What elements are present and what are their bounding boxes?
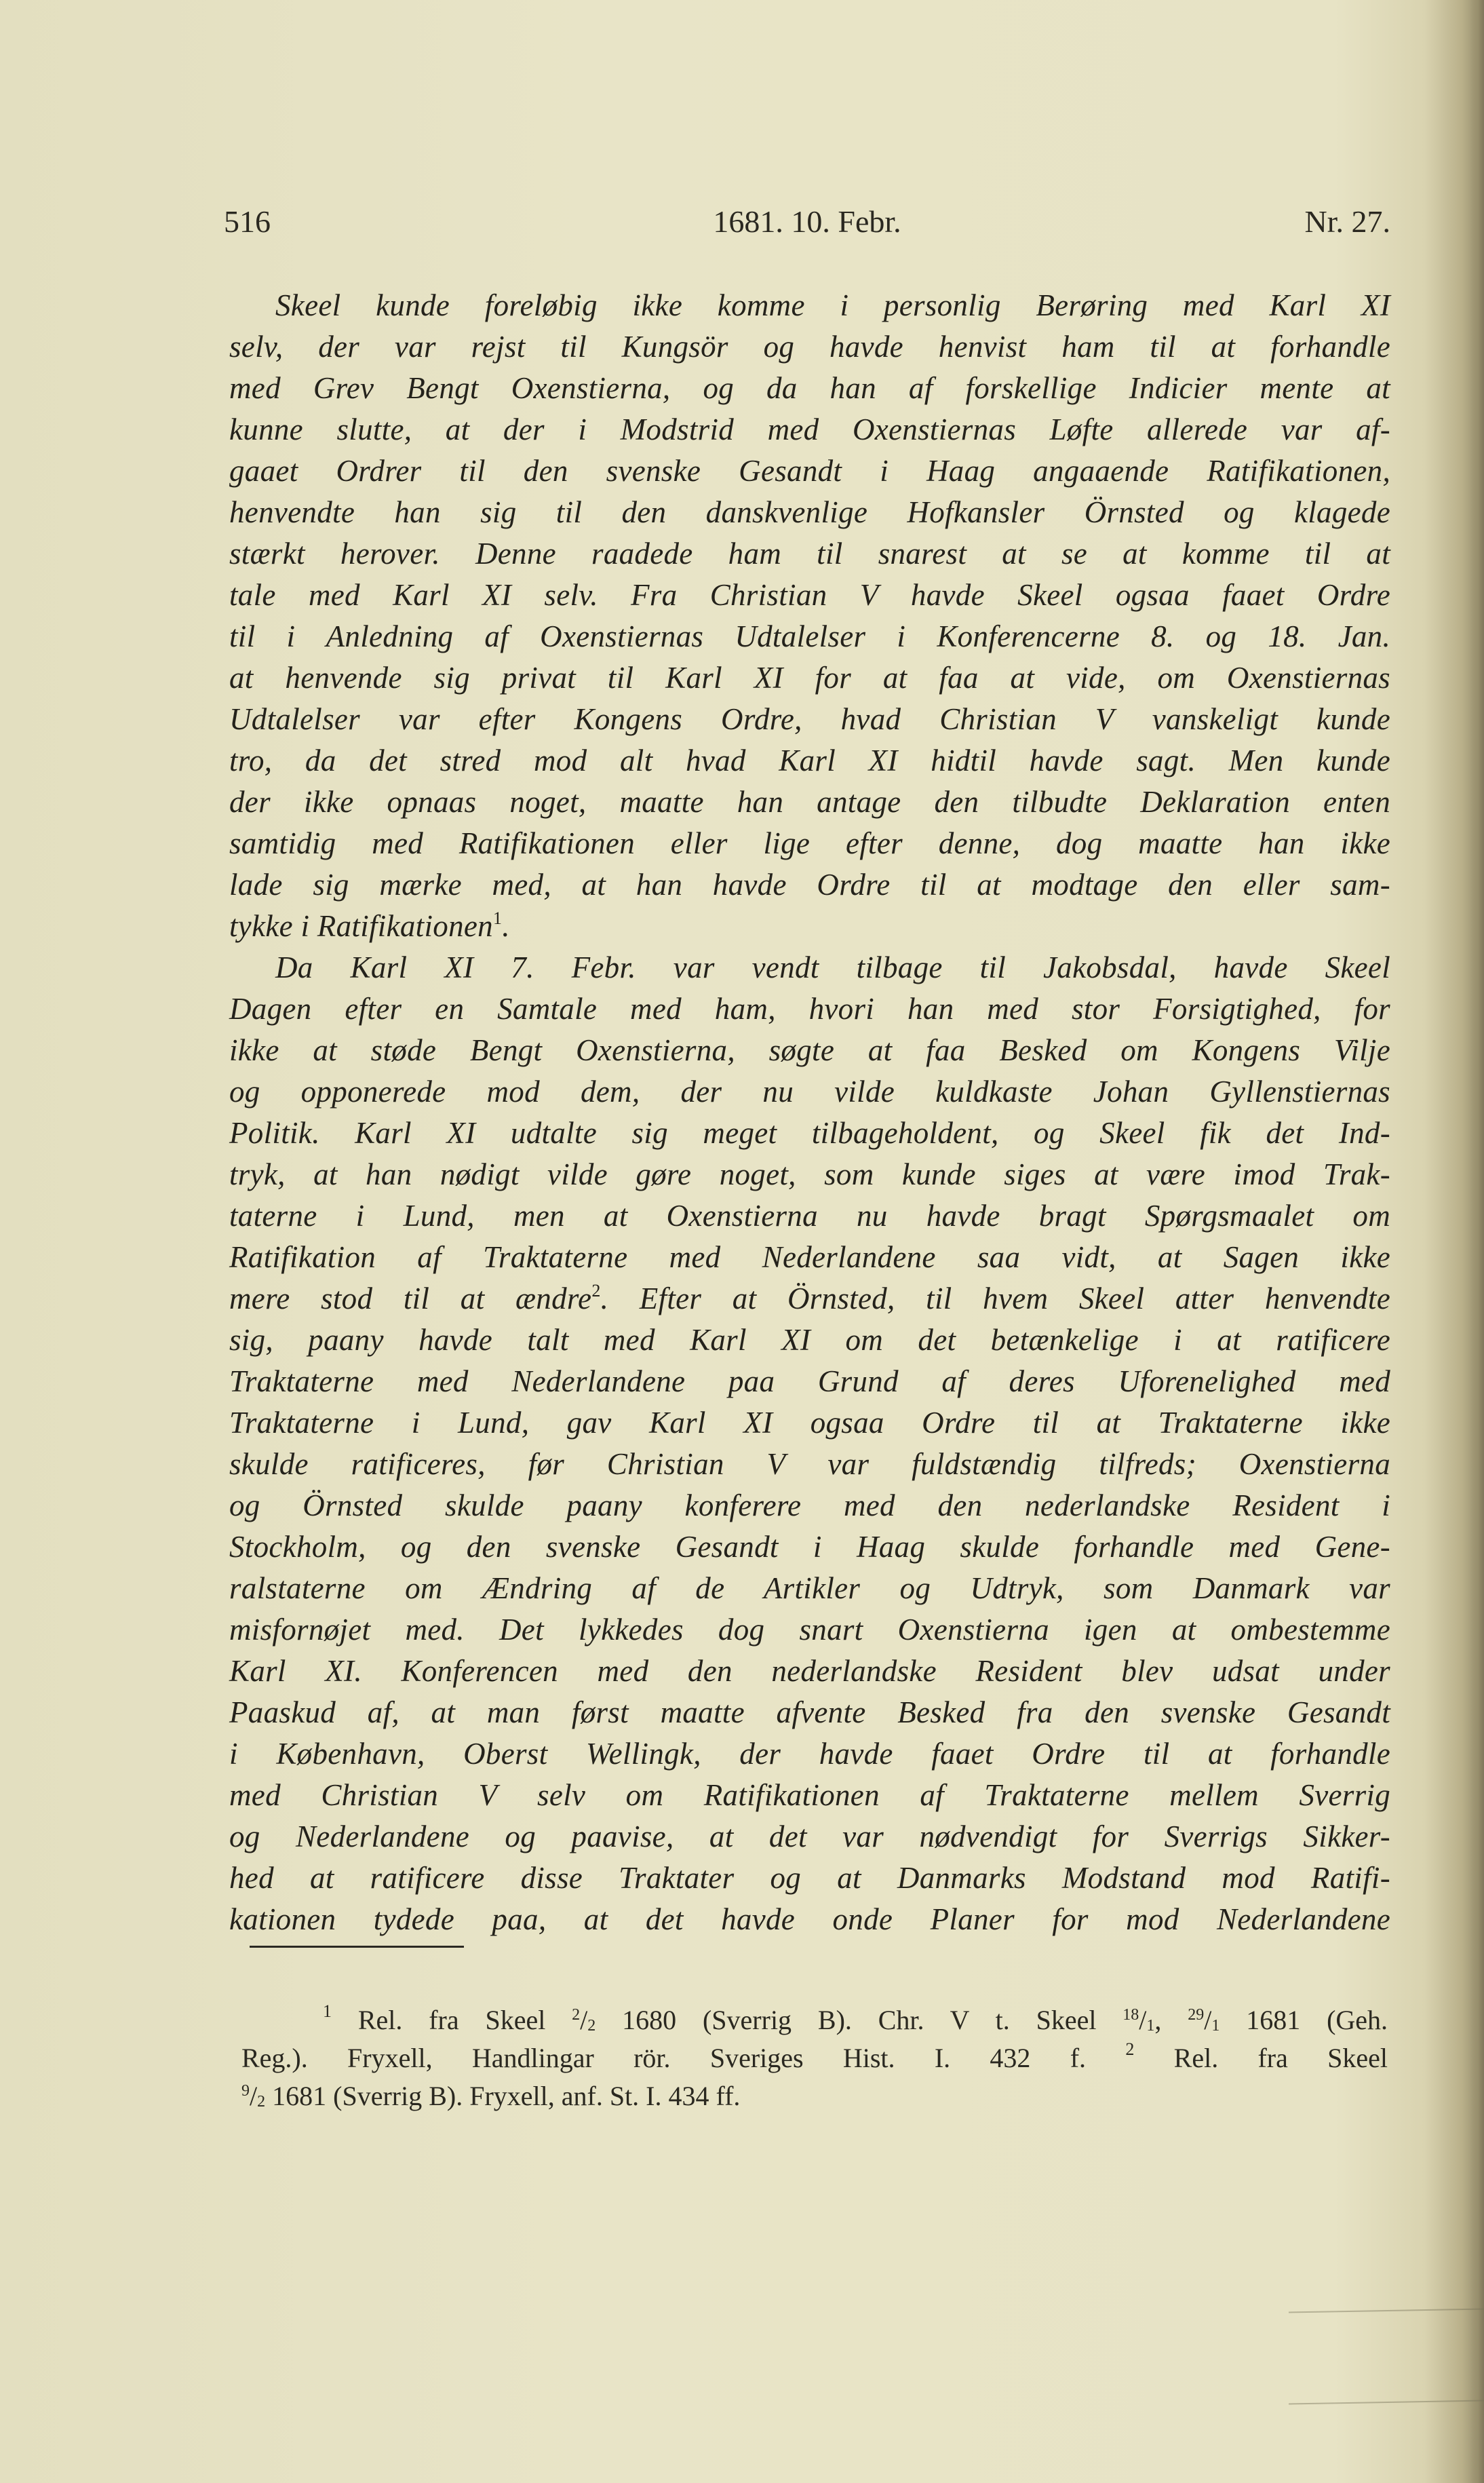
text-line: med Christian V selv om Ratifikationen a… bbox=[229, 1775, 1390, 1816]
text-fragment: tykke i Ratifikationen bbox=[229, 909, 493, 943]
footnote-text: 1681 (Sverrig B). Fryxell, anf. St. I. 4… bbox=[272, 2081, 740, 2111]
text-line: Politik. Karl XI udtalte sig meget tilba… bbox=[229, 1113, 1390, 1154]
date-fraction: 29/1 bbox=[1188, 2005, 1219, 2035]
text-line: sig, paany havde talt med Karl XI om det… bbox=[229, 1320, 1390, 1361]
text-line: hed at ratificere disse Traktater og at … bbox=[229, 1858, 1390, 1899]
text-line: samtidig med Ratifikationen eller lige e… bbox=[229, 823, 1390, 864]
text-line: der ikke opnaas noget, maatte han antage… bbox=[229, 782, 1390, 823]
text-line: og Örnsted skulde paany konferere med de… bbox=[229, 1485, 1390, 1526]
footnote-text: Rel. fra Skeel bbox=[358, 2005, 545, 2035]
footnote-text: Rel. fra Skeel bbox=[1174, 2043, 1388, 2073]
date-fraction: 2/2 bbox=[572, 2005, 595, 2035]
text-line: med Grev Bengt Oxenstierna, og da han af… bbox=[229, 368, 1390, 409]
text-line: Skeel kunde foreløbig ikke komme i perso… bbox=[229, 285, 1390, 326]
page-edge-shadow bbox=[1469, 0, 1484, 2483]
text-line: tryk, at han nødigt vilde gøre noget, so… bbox=[229, 1154, 1390, 1195]
footnote-1-line-1: 1 Rel. fra Skeel 2/2 1680 (Sverrig B). C… bbox=[241, 2001, 1388, 2039]
text-line: Ratifikation af Traktaterne med Nederlan… bbox=[229, 1237, 1390, 1278]
text-line: tykke i Ratifikationen1. bbox=[229, 906, 1390, 947]
text-fragment: . Efter at Örnsted, til hvem Skeel atter… bbox=[601, 1282, 1390, 1315]
separator: , bbox=[1154, 2005, 1161, 2035]
footnote-separator-rule bbox=[250, 1946, 464, 1948]
footnotes: 1 Rel. fra Skeel 2/2 1680 (Sverrig B). C… bbox=[241, 2001, 1388, 2115]
fraction-denominator: 2 bbox=[587, 2017, 595, 2035]
fraction-numerator: 18 bbox=[1122, 2006, 1139, 2024]
paper-crease bbox=[1289, 2308, 1484, 2313]
footnote-mark-1: 1 bbox=[323, 2001, 332, 2021]
footnote-2-start: 2 Rel. fra Skeel bbox=[1125, 2043, 1388, 2073]
text-line: og Nederlandene og paavise, at det var n… bbox=[229, 1816, 1390, 1858]
body-text: Skeel kunde foreløbig ikke komme i perso… bbox=[229, 285, 1390, 1940]
text-line: Udtalelser var efter Kongens Ordre, hvad… bbox=[229, 699, 1390, 740]
text-line: henvendte han sig til den danskvenlige H… bbox=[229, 492, 1390, 533]
document-number: Nr. 27. bbox=[1305, 204, 1391, 239]
text-line: til i Anledning af Oxenstiernas Udtalels… bbox=[229, 616, 1390, 657]
text-line: tro, da det stred mod alt hvad Karl XI h… bbox=[229, 740, 1390, 782]
footnote-ref-1[interactable]: 1 bbox=[493, 908, 502, 928]
date-fraction: 9/2 bbox=[241, 2081, 265, 2111]
text-line: Da Karl XI 7. Febr. var vendt tilbage ti… bbox=[229, 947, 1390, 988]
text-line: skulde ratificeres, før Christian V var … bbox=[229, 1444, 1390, 1485]
text-line: misfornøjet med. Det lykkedes dog snart … bbox=[229, 1609, 1390, 1651]
fraction-numerator: 29 bbox=[1188, 2006, 1204, 2024]
text-line: tale med Karl XI selv. Fra Christian V h… bbox=[229, 575, 1390, 616]
fraction-numerator: 9 bbox=[241, 2082, 250, 2100]
footnote-mark-2: 2 bbox=[1125, 2039, 1134, 2059]
running-head-date: 1681. 10. Febr. bbox=[224, 204, 1390, 239]
paper-crease bbox=[1289, 2400, 1484, 2404]
text-line: stærkt herover. Denne raadede ham til sn… bbox=[229, 533, 1390, 575]
text-line: gaaet Ordrer til den svenske Gesandt i H… bbox=[229, 450, 1390, 492]
fraction-denominator: 1 bbox=[1211, 2017, 1219, 2035]
running-head: 516 1681. 10. Febr. Nr. 27. bbox=[224, 204, 1390, 244]
text-line: i København, Oberst Wellingk, der havde … bbox=[229, 1733, 1390, 1775]
text-line: kationen tydede paa, at det havde onde P… bbox=[229, 1899, 1390, 1940]
text-line: Traktaterne med Nederlandene paa Grund a… bbox=[229, 1361, 1390, 1402]
text-line: Dagen efter en Samtale med ham, hvori ha… bbox=[229, 988, 1390, 1030]
text-line: og opponerede mod dem, der nu vilde kuld… bbox=[229, 1071, 1390, 1113]
text-line: ralstaterne om Ændring af de Artikler og… bbox=[229, 1568, 1390, 1609]
text-fragment: . bbox=[502, 909, 510, 943]
text-line: lade sig mærke med, at han havde Ordre t… bbox=[229, 864, 1390, 906]
text-line: ikke at støde Bengt Oxenstierna, søgte a… bbox=[229, 1030, 1390, 1071]
footnote-1-line-2: Reg.). Fryxell, Handlingar rör. Sveriges… bbox=[241, 2039, 1388, 2077]
text-line: Karl XI. Konferencen med den nederlandsk… bbox=[229, 1651, 1390, 1692]
text-line: Traktaterne i Lund, gav Karl XI ogsaa Or… bbox=[229, 1402, 1390, 1444]
text-line: mere stod til at ændre2. Efter at Örnste… bbox=[229, 1278, 1390, 1320]
text-line: Stockholm, og den svenske Gesandt i Haag… bbox=[229, 1526, 1390, 1568]
footnote-2-line-2: 9/2 1681 (Sverrig B). Fryxell, anf. St. … bbox=[241, 2077, 1388, 2115]
footnote-text: Reg.). Fryxell, Handlingar rör. Sveriges… bbox=[241, 2043, 1086, 2073]
text-line: kunne slutte, at der i Modstrid med Oxen… bbox=[229, 409, 1390, 450]
scanned-page: 516 1681. 10. Febr. Nr. 27. Skeel kunde … bbox=[0, 0, 1484, 2483]
text-line: taterne i Lund, men at Oxenstierna nu ha… bbox=[229, 1195, 1390, 1237]
date-fraction: 18/1 bbox=[1122, 2005, 1154, 2035]
footnote-text: 1681 (Geh. bbox=[1246, 2005, 1388, 2035]
footnote-text: 1680 (Sverrig B). Chr. V t. Skeel bbox=[622, 2005, 1096, 2035]
fraction-numerator: 2 bbox=[572, 2006, 580, 2024]
text-line: selv, der var rejst til Kungsör og havde… bbox=[229, 326, 1390, 368]
fraction-denominator: 2 bbox=[257, 2093, 265, 2111]
footnote-ref-2[interactable]: 2 bbox=[591, 1281, 600, 1301]
text-fragment: mere stod til at ændre bbox=[229, 1282, 591, 1315]
text-line: Paaskud af, at man først maatte afvente … bbox=[229, 1692, 1390, 1733]
text-line: at henvende sig privat til Karl XI for a… bbox=[229, 657, 1390, 699]
fraction-denominator: 1 bbox=[1146, 2017, 1154, 2035]
